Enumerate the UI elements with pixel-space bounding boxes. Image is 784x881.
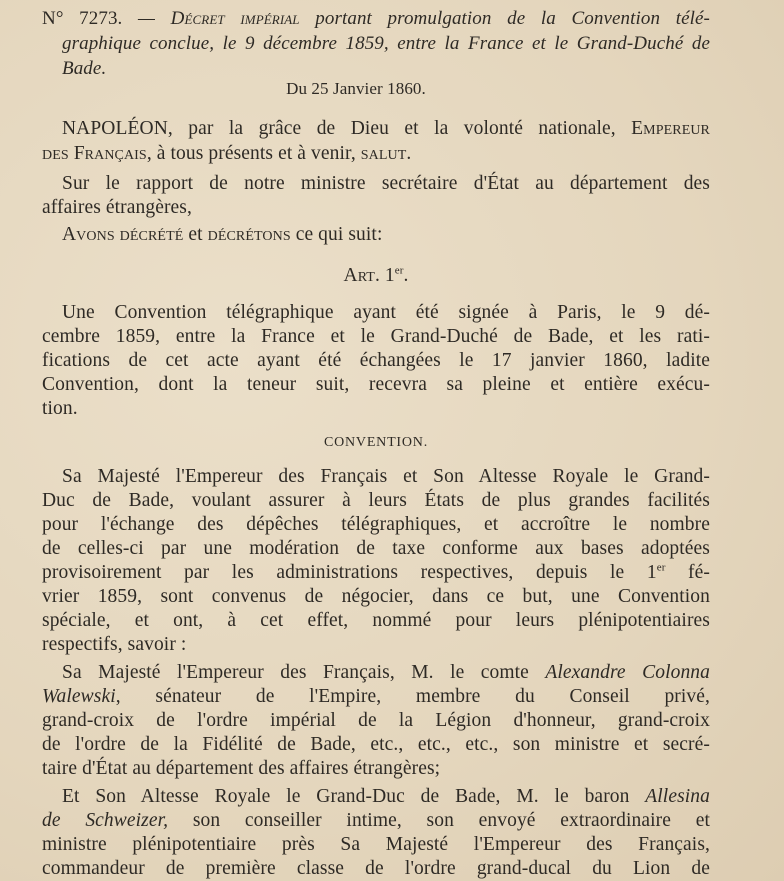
- convention-line: taire d'État au département des affaires…: [42, 758, 440, 780]
- decree-label: Décret impérial: [171, 8, 300, 29]
- convention-line: spéciale, et ont, à cet effet, nommé pou…: [42, 610, 710, 632]
- decree-title-line-3: Bade.: [62, 58, 106, 80]
- article-line: Une Convention télégraphique ayant été s…: [62, 302, 710, 324]
- report-line-1: Sur le rapport de notre ministre secréta…: [62, 173, 710, 195]
- decree-title-line-2: graphique conclue, le 9 décembre 1859, e…: [62, 33, 710, 55]
- convention-line: respectifs, savoir :: [42, 634, 186, 656]
- plenipotentiary-name: Alexandre Colonna: [545, 662, 710, 683]
- plenipotentiary-bade-line-1: Et Son Altesse Royale le Grand-Duc de Ba…: [62, 786, 710, 808]
- convention-line: provisoirement par les administrations r…: [42, 562, 710, 584]
- convention-line: grand-croix de l'ordre impérial de la Lé…: [42, 710, 710, 732]
- convention-line: pour l'échange des dépêches télégraphiqu…: [42, 514, 710, 536]
- plenipotentiary-name: Allesina: [645, 786, 710, 807]
- decree-title-line-1: N° 7273. — Décret impérial portant promu…: [42, 8, 710, 30]
- report-line-2: affaires étrangères,: [42, 197, 192, 219]
- convention-line: de celles-ci par une modération de taxe …: [42, 538, 710, 560]
- convention-line: Sa Majesté l'Empereur des Français et So…: [62, 466, 710, 488]
- preamble-line-2: des Français, à tous présents et à venir…: [42, 143, 411, 165]
- plenipotentiary-bade-line-2: de Schweizer, son conseiller intime, son…: [42, 810, 710, 832]
- decree-number: N° 7273.: [42, 8, 122, 29]
- article-line: cembre 1859, entre la France et le Grand…: [42, 326, 710, 348]
- convention-heading: CONVENTION.: [42, 435, 710, 451]
- article-line: tion.: [42, 398, 78, 420]
- preamble-line-1: NAPOLÉON, par la grâce de Dieu et la vol…: [62, 118, 710, 140]
- convention-line: commandeur de première classe de l'ordre…: [42, 858, 710, 880]
- convention-line: de l'ordre de la Fidélité de Bade, etc.,…: [42, 734, 710, 756]
- emperor-name: NAPOLÉON: [62, 118, 168, 139]
- convention-line: Duc de Bade, voulant assurer à leurs Éta…: [42, 490, 710, 512]
- article-heading: Art. 1er.: [42, 265, 710, 287]
- convention-line: ministre plénipotentiaire près Sa Majest…: [42, 834, 710, 856]
- convention-line: vrier 1859, sont convenus de négocier, d…: [42, 586, 710, 608]
- decree-formula: Avons décrété et décrétons ce qui suit:: [62, 224, 382, 246]
- decree-date: Du 25 Janvier 1860.: [22, 79, 690, 99]
- plenipotentiary-france-line-1: Sa Majesté l'Empereur des Français, M. l…: [62, 662, 710, 684]
- plenipotentiary-france-line-2: Walewski, sénateur de l'Empire, membre d…: [42, 686, 710, 708]
- article-line: fications de cet acte ayant été échangée…: [42, 350, 710, 372]
- article-line: Convention, dont la teneur suit, recevra…: [42, 374, 710, 396]
